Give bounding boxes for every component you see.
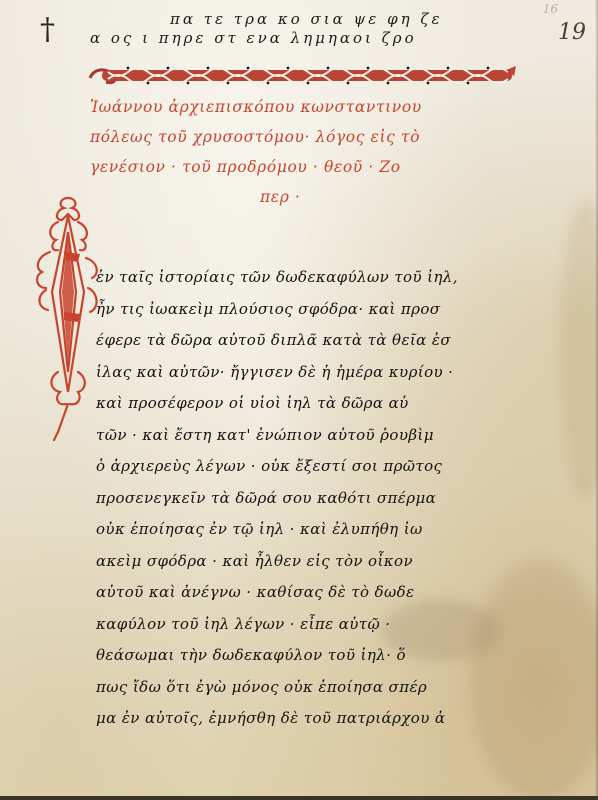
manuscript-page: 16 19 † πα τε τρα κο σια ψε φη ζε α ος ι… [0,0,598,800]
text-line: ἐν ταῖς ἱστορίαις τῶν δωδεκαφύλων τοῦ ἰη… [96,262,556,294]
marginal-note-line: α ος ι πηρε στ ενα λημηαοι ζρο [90,29,550,48]
text-line: ακεὶμ σφόδρα · καὶ ἦλθεν εἰς τὸν οἶκον [96,546,556,578]
text-line: καφύλον τοῦ ἰηλ λέγων · εἶπε αὐτῷ · [96,609,556,641]
braided-headpiece-ornament [88,64,518,86]
text-line: καὶ προσέφερον οἱ υἱοὶ ἰηλ τὰ δῶρα αὐ [96,388,556,420]
text-line: ἦν τις ἰωακεὶμ πλούσιος σφόδρα· καὶ προσ [96,294,556,326]
marginal-note: πα τε τρα κο σια ψε φη ζε α ος ι πηρε στ… [90,10,550,48]
text-line: έφερε τὰ δῶρα αὐτοῦ διπλᾶ κατὰ τὰ θεῖα ἑ… [96,325,556,357]
text-line: πως ἴδω ὅτι ἐγὼ μόνος οὐκ ἐποίησα σπέρ [96,672,556,704]
parchment-stain [560,200,598,500]
text-line: αὐτοῦ καὶ ἀνέγνω · καθίσας δὲ τὸ δωδε [96,577,556,609]
marginal-note-line: πα τε τρα κο σια ψε φη ζε [90,10,550,29]
rubric-line: πόλεως τοῦ χρυσοστόμου· λόγος εἰς τὸ [90,122,530,152]
folio-number: 19 [558,20,586,45]
text-line: οὐκ ἐποίησας ἐν τῷ ἰηλ · καὶ ἐλυπήθη ἰω [96,514,556,546]
text-line: μα ἐν αὐτοῖς, ἐμνήσθη δὲ τοῦ πατριάρχου … [96,703,556,735]
rubric-title: Ἰωάννου ἀρχιεπισκόπου κωνσταντινου πόλεω… [90,92,530,212]
text-line: θεάσωμαι τὴν δωδεκαφύλον τοῦ ἰηλ· ὅ [96,640,556,672]
text-line: ὁ ἀρχιερεὺς λέγων · οὐκ ἔξεστί σοι πρῶτο… [96,451,556,483]
rubric-line: Ἰωάννου ἀρχιεπισκόπου κωνσταντινου [90,92,530,122]
cross-symbol: † [40,12,55,47]
text-line: ἱλας καὶ αὐτῶν· ἤγγισεν δὲ ἡ ἡμέρα κυρίο… [96,357,556,389]
text-line: τῶν · καὶ ἔστη κατ' ἐνώπιον αὐτοῦ ῥουβὶμ [96,420,556,452]
main-text-column: ἐν ταῖς ἱστορίαις τῶν δωδεκαφύλων τοῦ ἰη… [96,262,556,735]
rubric-line: γενέσιον · τοῦ προδρόμου · θεοῦ · Ζο [90,152,530,182]
page-bottom-border [0,796,598,800]
rubric-line: περ · [90,182,530,212]
text-line: προσενεγκεῖν τὰ δῶρά σου καθότι σπέρμα [96,483,556,515]
